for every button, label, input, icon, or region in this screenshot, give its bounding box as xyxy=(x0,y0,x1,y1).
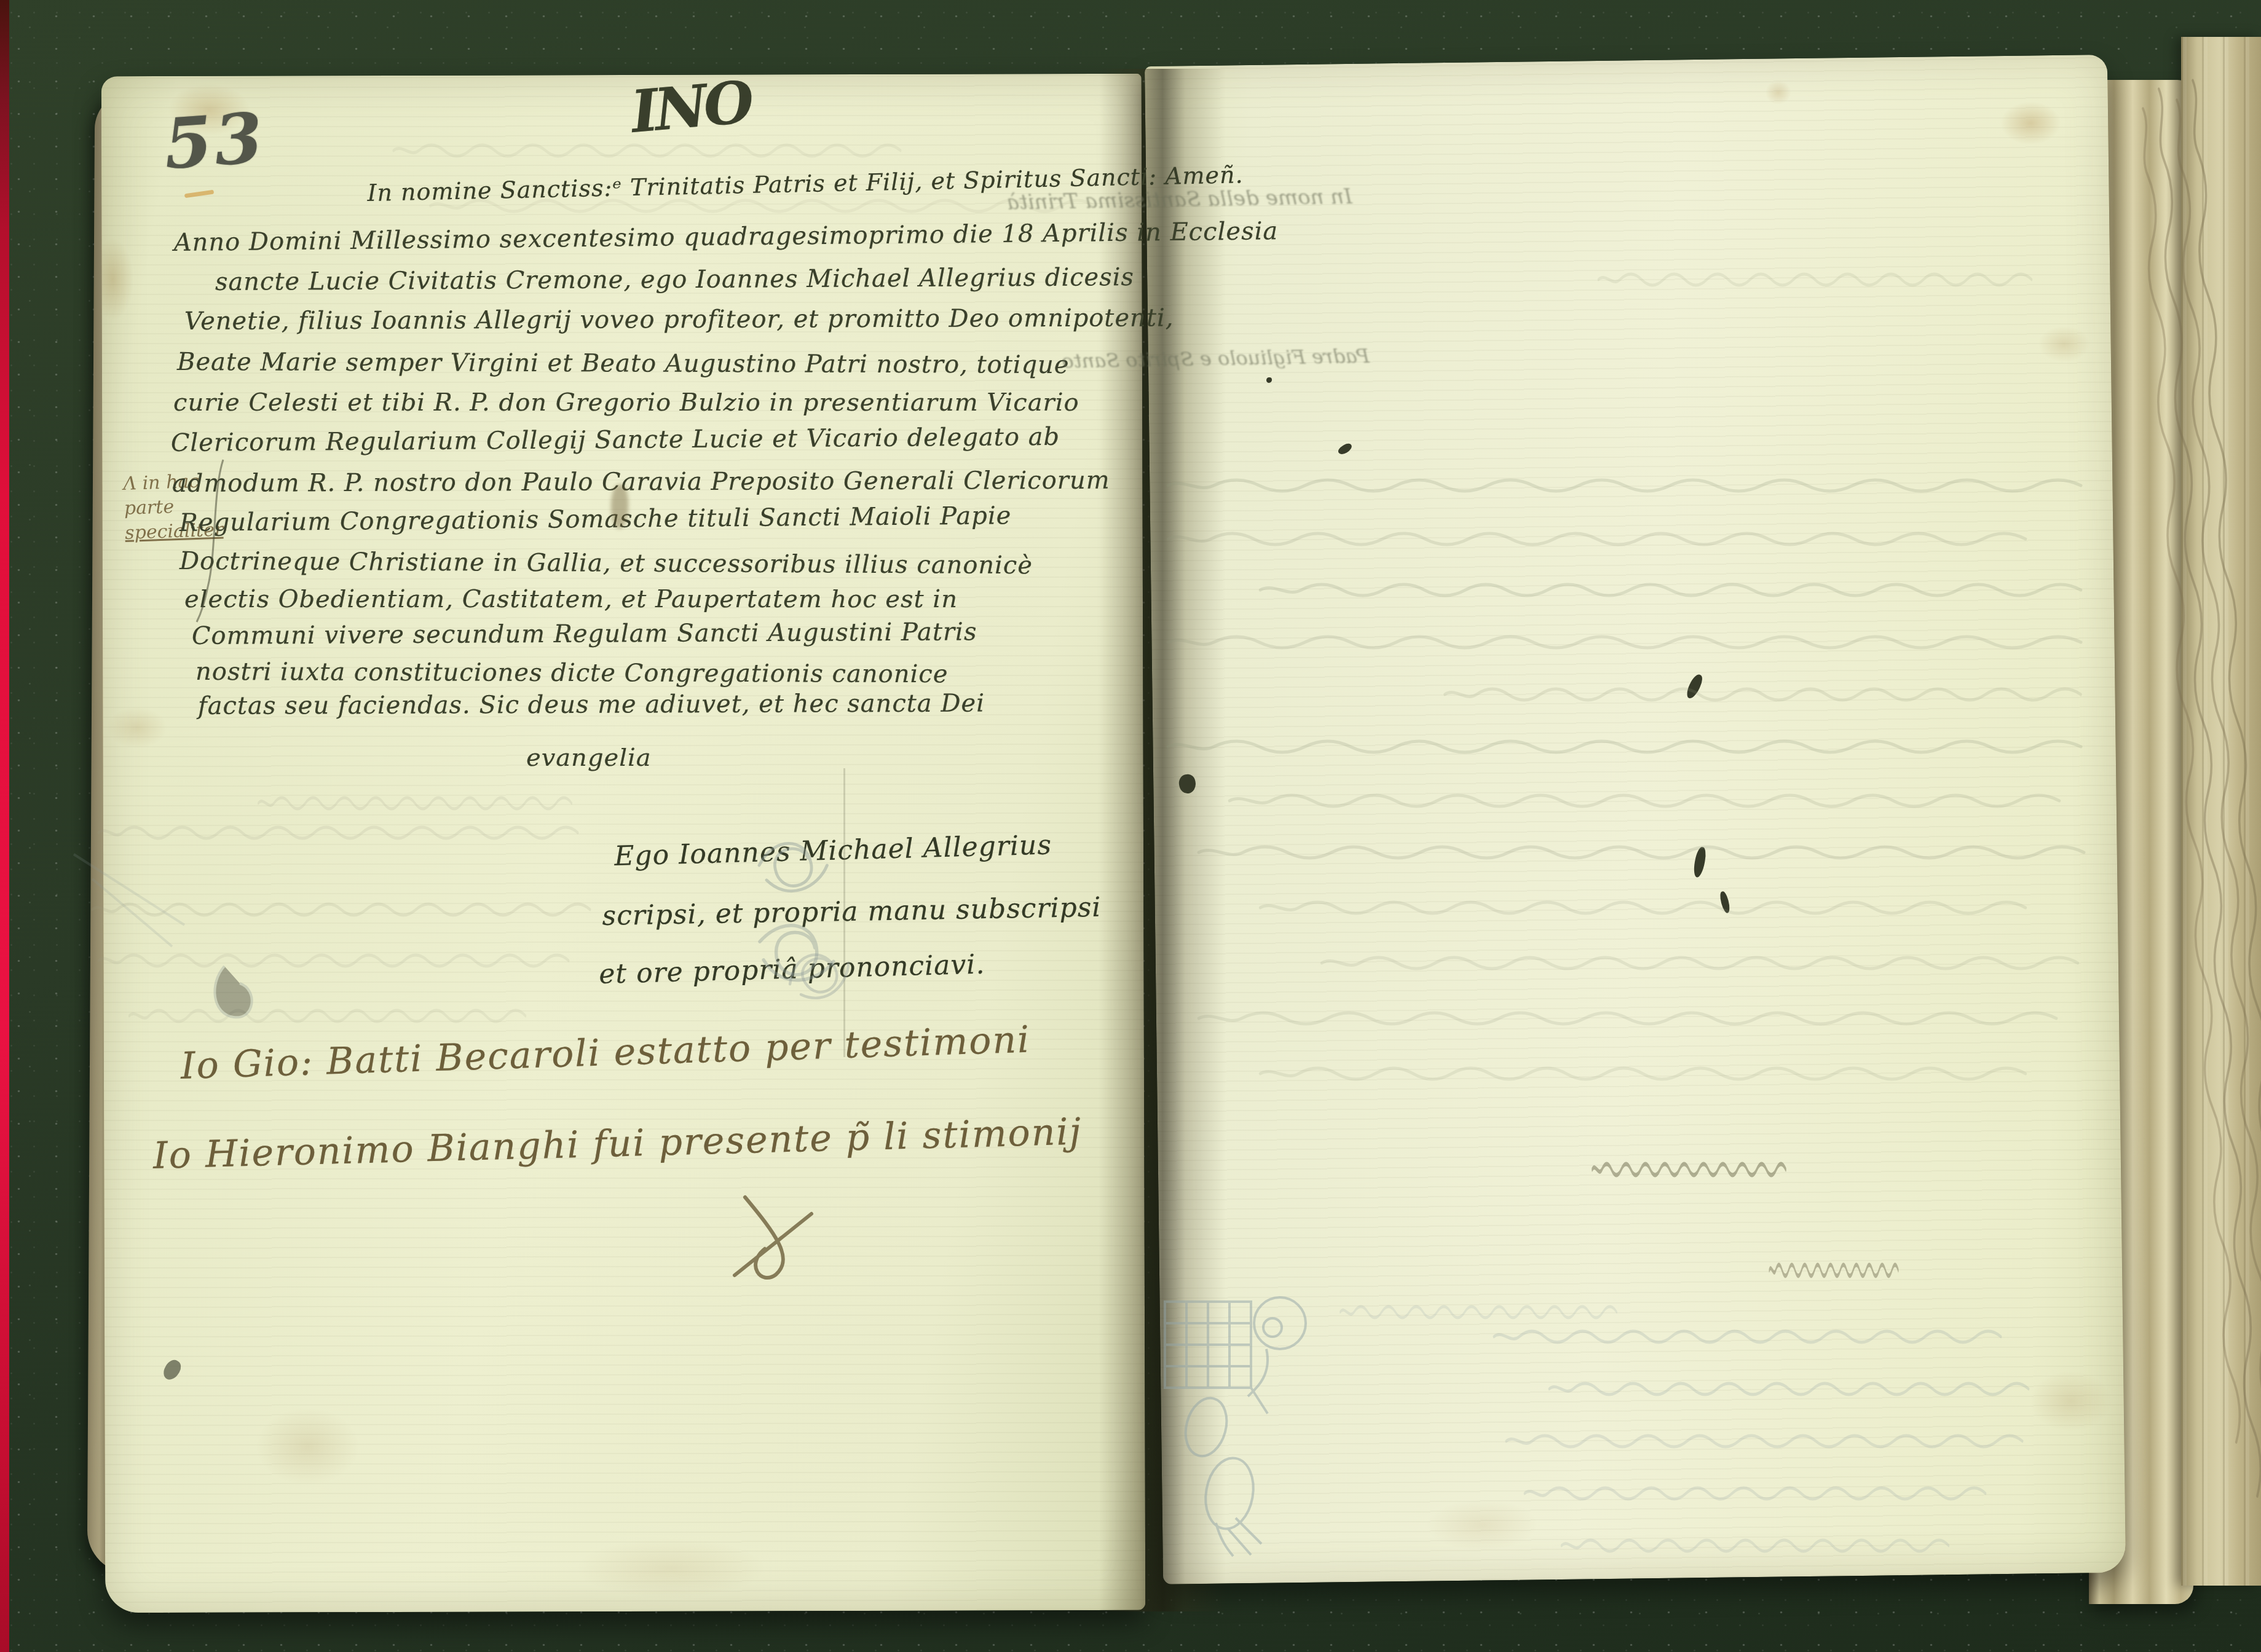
manuscript-photo: 53 INO In nomine Sanctiss:ᵉ Trinitatis P… xyxy=(0,0,2261,1652)
scan-edge-red-strip xyxy=(0,0,9,1652)
vow-text-line: Venetie, filius Ioannis Allegrij voveo p… xyxy=(184,304,1174,336)
vow-text-line: Beate Marie semper Virgini et Beato Augu… xyxy=(177,348,1070,379)
top-ink-monogram: INO xyxy=(628,69,753,146)
page-number: 53 xyxy=(162,98,268,185)
vow-text-line: curie Celesti et tibi R. P. don Gregorio… xyxy=(173,388,1079,417)
vow-text-line: admodum R. P. nostro don Paulo Caravia P… xyxy=(172,466,1110,498)
vow-text-line: evangelia xyxy=(526,744,652,772)
vow-text-line: electis Obedientiam, Castitatem, et Paup… xyxy=(184,585,958,613)
paper-crease xyxy=(843,768,845,1057)
vow-text-line: factas seu faciendas. Sic deus me adiuve… xyxy=(198,690,985,720)
vow-text-line: Communi vivere secundum Regulam Sancti A… xyxy=(192,618,977,650)
curled-next-leaf xyxy=(2181,37,2261,1586)
right-page xyxy=(1145,55,2126,1584)
book-gutter-shadow xyxy=(1099,69,1226,1611)
vow-text-line: Doctrineque Christiane in Gallia, et suc… xyxy=(180,547,1033,580)
vow-text-line: sancte Lucie Civitatis Cremone, ego Ioan… xyxy=(215,263,1134,296)
vow-text-line: nostri iuxta constituciones dicte Congre… xyxy=(195,658,948,688)
